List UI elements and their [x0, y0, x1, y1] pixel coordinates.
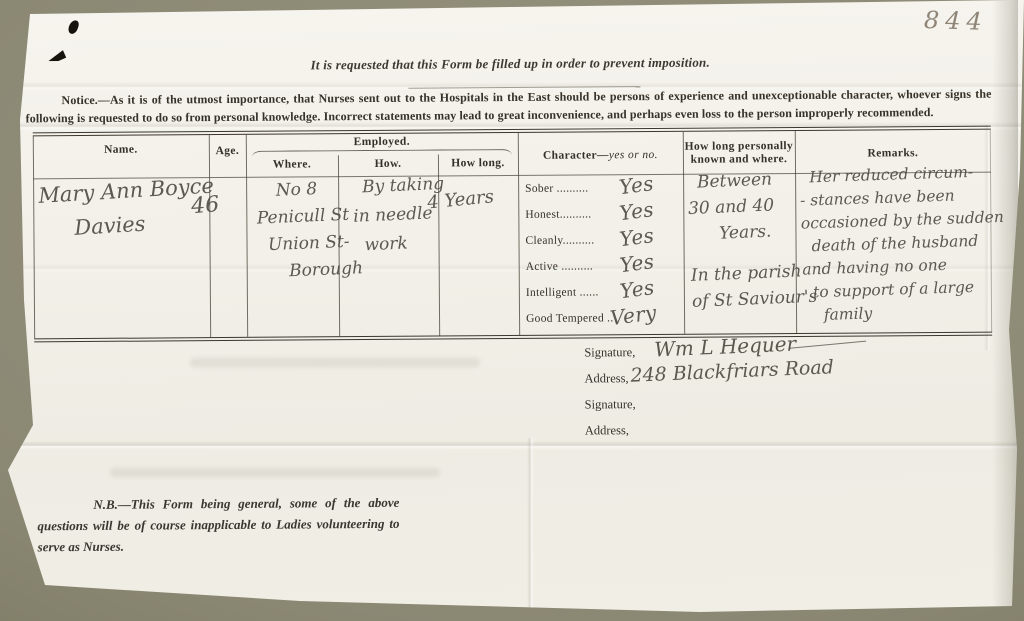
signature-block: Signature,Wm L Hequer Address,248 Blackf… [584, 345, 636, 449]
character-row-honest: Honest..........Yes [525, 208, 685, 235]
address-row: Address, [585, 423, 636, 449]
entry-known: Between 30 and 40 Years. In the parish o… [687, 165, 818, 315]
entry-remarks: Her reduced circum- - stances have been … [799, 157, 1024, 327]
character-answer: Very [609, 300, 658, 330]
character-header-italic: yes or no. [609, 149, 658, 161]
signature-label: Signature, [584, 345, 635, 359]
character-header-prefix: Character— [543, 149, 609, 161]
character-row-sober: Sober ..........Yes [525, 182, 685, 209]
entry-known-line3: Years. [689, 217, 815, 248]
table-rule [518, 133, 520, 335]
signature-label: Signature, [585, 397, 636, 411]
character-answer: Yes [618, 249, 655, 277]
address-label: Address, [584, 371, 628, 385]
entry-where-line4: Borough [259, 255, 364, 286]
column-header-character: Character—yes or no. [518, 149, 683, 162]
character-row-good-tempered: Good Tempered ..Very [526, 312, 686, 339]
nb-label: N.B. [93, 497, 118, 512]
signature-value: Wm L Hequer [654, 332, 797, 362]
character-label: Intelligent ...... [526, 286, 599, 299]
pencil-page-number: 844 [924, 6, 989, 36]
column-header-where: Where. [246, 158, 338, 171]
column-header-employed: Employed. [246, 135, 518, 149]
entry-age: 46 [190, 192, 220, 219]
notice-label: Notice. [61, 93, 97, 107]
entry-name: Mary Ann Boyce Davies [37, 169, 216, 247]
column-header-known: How long personallyknown and where. [683, 140, 795, 167]
character-answer: Yes [618, 275, 655, 303]
character-label: Good Tempered .. [526, 312, 614, 325]
notice-paragraph: Notice.—As it is of the utmost importanc… [25, 86, 991, 128]
character-label: Honest.......... [525, 208, 591, 220]
entry-where: No 8 Penicull St Union St- Borough [255, 174, 363, 286]
signature-row: Signature,Wm L Hequer [584, 345, 635, 371]
address-label: Address, [585, 423, 629, 437]
photo-background: 844 It is requested that this Form be fi… [0, 0, 1024, 621]
form-paper-sheet: 844 It is requested that this Form be fi… [0, 0, 1024, 621]
character-checklist: Sober ..........Yes Honest..........Yes … [525, 182, 686, 339]
address-row: Address,248 Blackfriars Road [584, 371, 635, 397]
ink-blot [67, 19, 80, 35]
character-row-cleanly: Cleanly..........Yes [525, 234, 685, 261]
character-answer: Yes [618, 171, 655, 199]
character-label: Cleanly.......... [525, 234, 594, 246]
character-label: Active .......... [526, 260, 593, 272]
entry-known-line5: of St Saviour's [692, 284, 818, 315]
notice-text: —As it is of the utmost importance, that… [26, 87, 992, 125]
character-label: Sober .......... [525, 182, 588, 194]
character-row-intelligent: Intelligent ......Yes [526, 286, 686, 313]
entry-how: By taking in needle work [352, 170, 448, 261]
column-header-name: Name. [33, 143, 209, 156]
table-rule [33, 136, 35, 338]
character-answer: Yes [618, 223, 655, 251]
column-header-how-long: How long. [438, 157, 518, 170]
column-header-how: How. [338, 158, 438, 171]
character-answer: Yes [618, 197, 655, 225]
character-row-active: Active ..........Yes [526, 260, 686, 287]
request-line: It is requested that this Form be filled… [0, 52, 1022, 75]
recommendation-table: Name. Age. Employed. Where. How. How lon… [33, 126, 992, 343]
nb-footnote: N.B.—This Form being general, some of th… [37, 492, 399, 558]
signature-row: Signature, [585, 397, 636, 423]
form-content: 844 It is requested that this Form be fi… [0, 0, 1024, 621]
nb-text: —This Form being general, some of the ab… [37, 495, 399, 555]
column-header-age: Age. [209, 145, 246, 157]
column-header-remarks: Remarks. [795, 147, 991, 160]
known-header-line1: How long personally [685, 140, 794, 153]
known-header-line2: known and where. [691, 153, 788, 166]
entry-how-line3: work [354, 228, 447, 261]
